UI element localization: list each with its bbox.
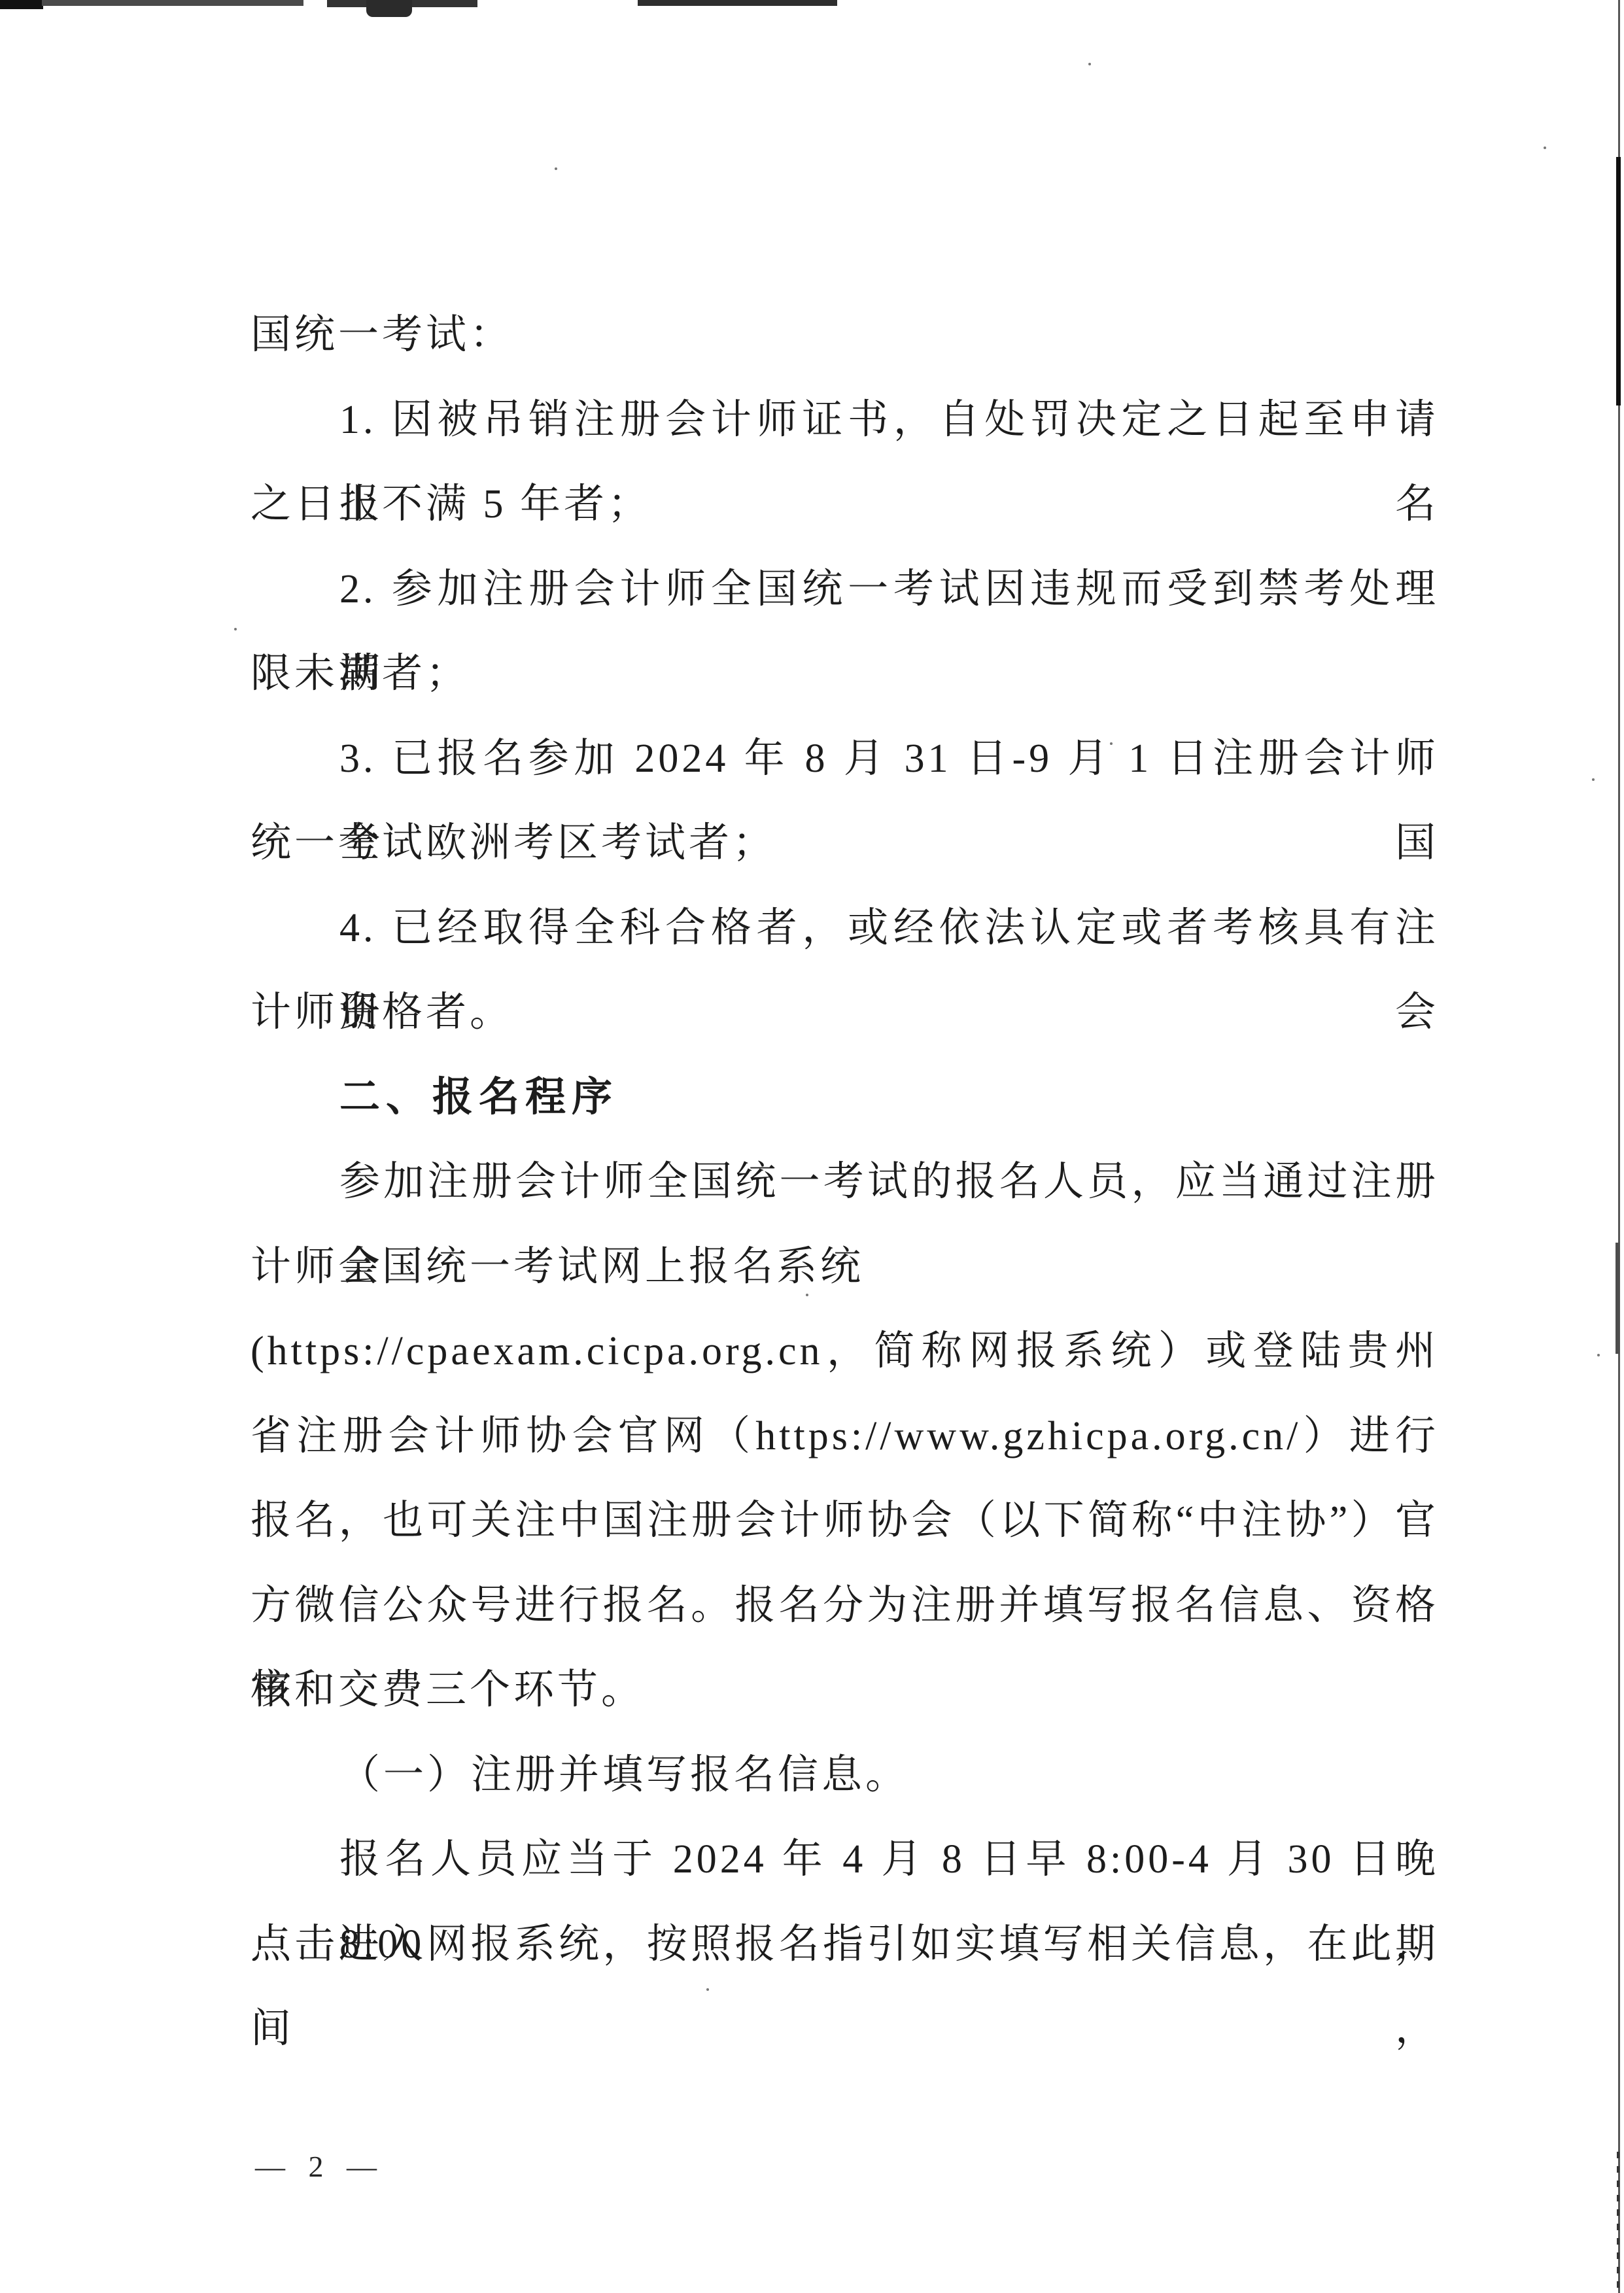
scan-artifact-top-left bbox=[0, 0, 43, 9]
scan-artifact-top-middle bbox=[638, 0, 837, 6]
section-heading: 二、报名程序 bbox=[251, 1056, 1439, 1141]
dust-speck bbox=[1544, 147, 1546, 149]
text-line: 报名，也可关注中国注册会计师协会（以下简称“中注协”）官 bbox=[251, 1479, 1439, 1564]
text-line: 3. 已报名参加 2024 年 8 月 31 日-9 月 1 日注册会计师全国 bbox=[251, 717, 1439, 802]
dust-speck bbox=[1088, 63, 1091, 65]
text-line: 参加注册会计师全国统一考试的报名人员，应当通过注册会 bbox=[251, 1140, 1439, 1225]
scan-artifact-right-edge bbox=[1617, 2152, 1619, 2293]
text-line: （一）注册并填写报名信息。 bbox=[251, 1733, 1439, 1818]
dust-speck bbox=[1592, 778, 1595, 781]
scan-artifact-right-edge bbox=[1616, 157, 1621, 405]
text-line: 报名人员应当于 2024 年 4 月 8 日早 8:00-4 月 30 日晚 8… bbox=[251, 1818, 1439, 1903]
text-line: 点击进入网报系统，按照报名指引如实填写相关信息，在此期间， bbox=[251, 1903, 1439, 1988]
scan-artifact-top-left bbox=[366, 0, 412, 17]
scan-artifact-right-edge bbox=[1618, 0, 1620, 2293]
scan-artifact-right-edge bbox=[1615, 1243, 1619, 1354]
text-line: 核和交费三个环节。 bbox=[251, 1648, 1439, 1733]
document-page: 国统一考试：1. 因被吊销注册会计师证书，自处罚决定之日起至申请报名之日止不满 … bbox=[0, 0, 1624, 2293]
text-line: 方微信公众号进行报名。报名分为注册并填写报名信息、资格审 bbox=[251, 1564, 1439, 1649]
text-line: 限未满者； bbox=[251, 632, 1439, 717]
text-line: (https://cpaexam.cicpa.org.cn，简称网报系统）或登陆… bbox=[251, 1309, 1439, 1394]
text-line: 1. 因被吊销注册会计师证书，自处罚决定之日起至申请报名 bbox=[251, 378, 1439, 463]
text-line: 4. 已经取得全科合格者，或经依法认定或者考核具有注册会 bbox=[251, 886, 1439, 971]
document-body: 国统一考试：1. 因被吊销注册会计师证书，自处罚决定之日起至申请报名之日止不满 … bbox=[251, 293, 1439, 1987]
page-number: — 2 — bbox=[255, 2149, 385, 2184]
dust-speck bbox=[555, 167, 557, 170]
text-line: 省注册会计师协会官网（https://www.gzhicpa.org.cn/）进… bbox=[251, 1394, 1439, 1479]
text-line: 国统一考试： bbox=[251, 293, 1439, 378]
dust-speck bbox=[1597, 1354, 1600, 1356]
dust-speck bbox=[234, 628, 237, 630]
scan-artifact-top-left bbox=[327, 0, 477, 7]
scan-artifact-top-left bbox=[42, 0, 303, 6]
text-line: 计师全国统一考试网上报名系统 bbox=[251, 1225, 1439, 1310]
text-line: 2. 参加注册会计师全国统一考试因违规而受到禁考处理期 bbox=[251, 547, 1439, 632]
